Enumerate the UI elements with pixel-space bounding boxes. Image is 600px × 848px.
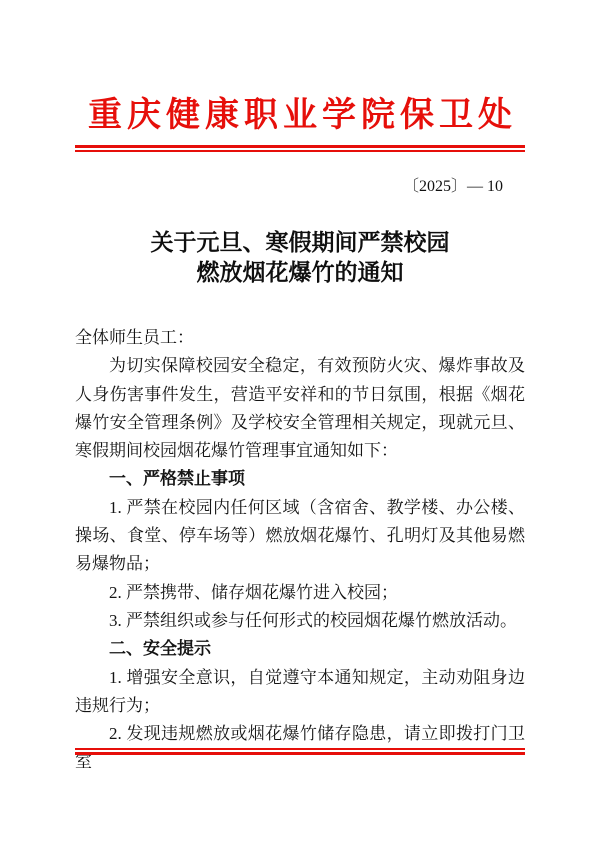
notice-title-line1: 关于元旦、寒假期间严禁校园 bbox=[0, 228, 600, 258]
notice-title-line2: 燃放烟花爆竹的通知 bbox=[0, 258, 600, 288]
footer-red-rule bbox=[75, 748, 525, 755]
section-heading-prohibitions: 一、严格禁止事项 bbox=[75, 465, 525, 493]
notice-title: 关于元旦、寒假期间严禁校园 燃放烟花爆竹的通知 bbox=[0, 228, 600, 288]
section-heading-safety-tips: 二、安全提示 bbox=[75, 635, 525, 663]
salutation: 全体师生员工： bbox=[75, 324, 525, 352]
prohibition-item-2: 2. 严禁携带、储存烟花爆竹进入校园； bbox=[75, 579, 525, 607]
document-number: 〔2025〕— 10 bbox=[75, 173, 525, 196]
letterhead-org-title: 重庆健康职业学院保卫处 bbox=[0, 0, 600, 135]
prohibition-item-1: 1. 严禁在校园内任何区域（含宿舍、教学楼、办公楼、操场、食堂、停车场等）燃放烟… bbox=[75, 494, 525, 579]
letterhead-red-rule bbox=[75, 145, 525, 152]
intro-paragraph: 为切实保障校园安全稳定，有效预防火灾、爆炸事故及人身伤害事件发生，营造平安祥和的… bbox=[75, 352, 525, 465]
document-page: 重庆健康职业学院保卫处 〔2025〕— 10 关于元旦、寒假期间严禁校园 燃放烟… bbox=[0, 0, 600, 848]
notice-body: 全体师生员工： 为切实保障校园安全稳定，有效预防火灾、爆炸事故及人身伤害事件发生… bbox=[75, 324, 525, 777]
safety-tip-1: 1. 增强安全意识，自觉遵守本通知规定，主动劝阻身边违规行为； bbox=[75, 664, 525, 721]
prohibition-item-3: 3. 严禁组织或参与任何形式的校园烟花爆竹燃放活动。 bbox=[75, 607, 525, 635]
